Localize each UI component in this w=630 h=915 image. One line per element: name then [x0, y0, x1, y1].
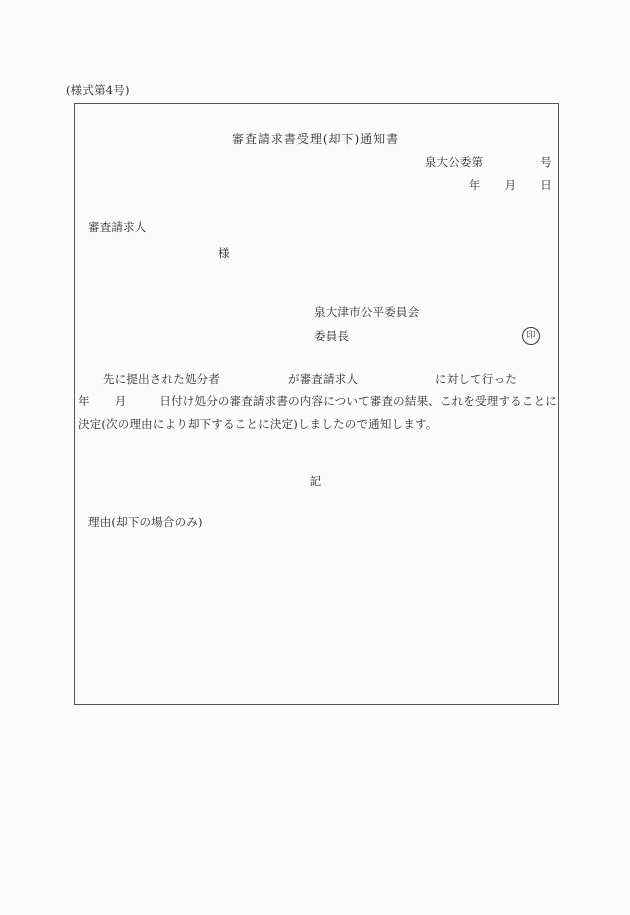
form-number-label: (様式第4号) [66, 83, 130, 97]
body-line1-part2: が審査請求人 [288, 372, 358, 386]
body-paragraph-line3: 決定(次の理由により却下することに決定)しましたので通知します。 [78, 417, 437, 431]
body-line2-year: 年 [78, 394, 90, 408]
body-line1-part3: に対して行った [435, 372, 517, 386]
body-line2-rest: 日付け処分の審査請求書の内容について審査の結果、これを受理することに [159, 394, 557, 408]
document-number-line: 泉大公委第号 [425, 155, 552, 169]
body-paragraph-line2: 年月日付け処分の審査請求書の内容について審査の結果、これを受理することに [78, 394, 557, 408]
issuer-organization: 泉大津市公平委員会 [314, 305, 419, 319]
addressee-label: 審査請求人 [88, 220, 147, 234]
date-month-label: 月 [505, 178, 517, 192]
date-line: 年月日 [469, 178, 552, 192]
document-number-suffix: 号 [540, 155, 552, 169]
seal-icon: 印 [522, 327, 540, 345]
document-title: 審査請求書受理(却下)通知書 [74, 132, 557, 147]
reason-label: 理由(却下の場合のみ) [88, 515, 203, 529]
date-day-label: 日 [540, 178, 552, 192]
addressee-honorific: 様 [218, 246, 230, 260]
record-marker: 記 [74, 474, 557, 488]
date-year-label: 年 [469, 178, 481, 192]
body-line2-month: 月 [115, 394, 127, 408]
issuer-title: 委員長 [314, 329, 349, 343]
document-number-prefix: 泉大公委第 [425, 155, 484, 169]
body-line1-part1: 先に提出された処分者 [103, 372, 220, 386]
document-page: (様式第4号) 審査請求書受理(却下)通知書 泉大公委第号 年月日 審査請求人 … [0, 0, 630, 915]
